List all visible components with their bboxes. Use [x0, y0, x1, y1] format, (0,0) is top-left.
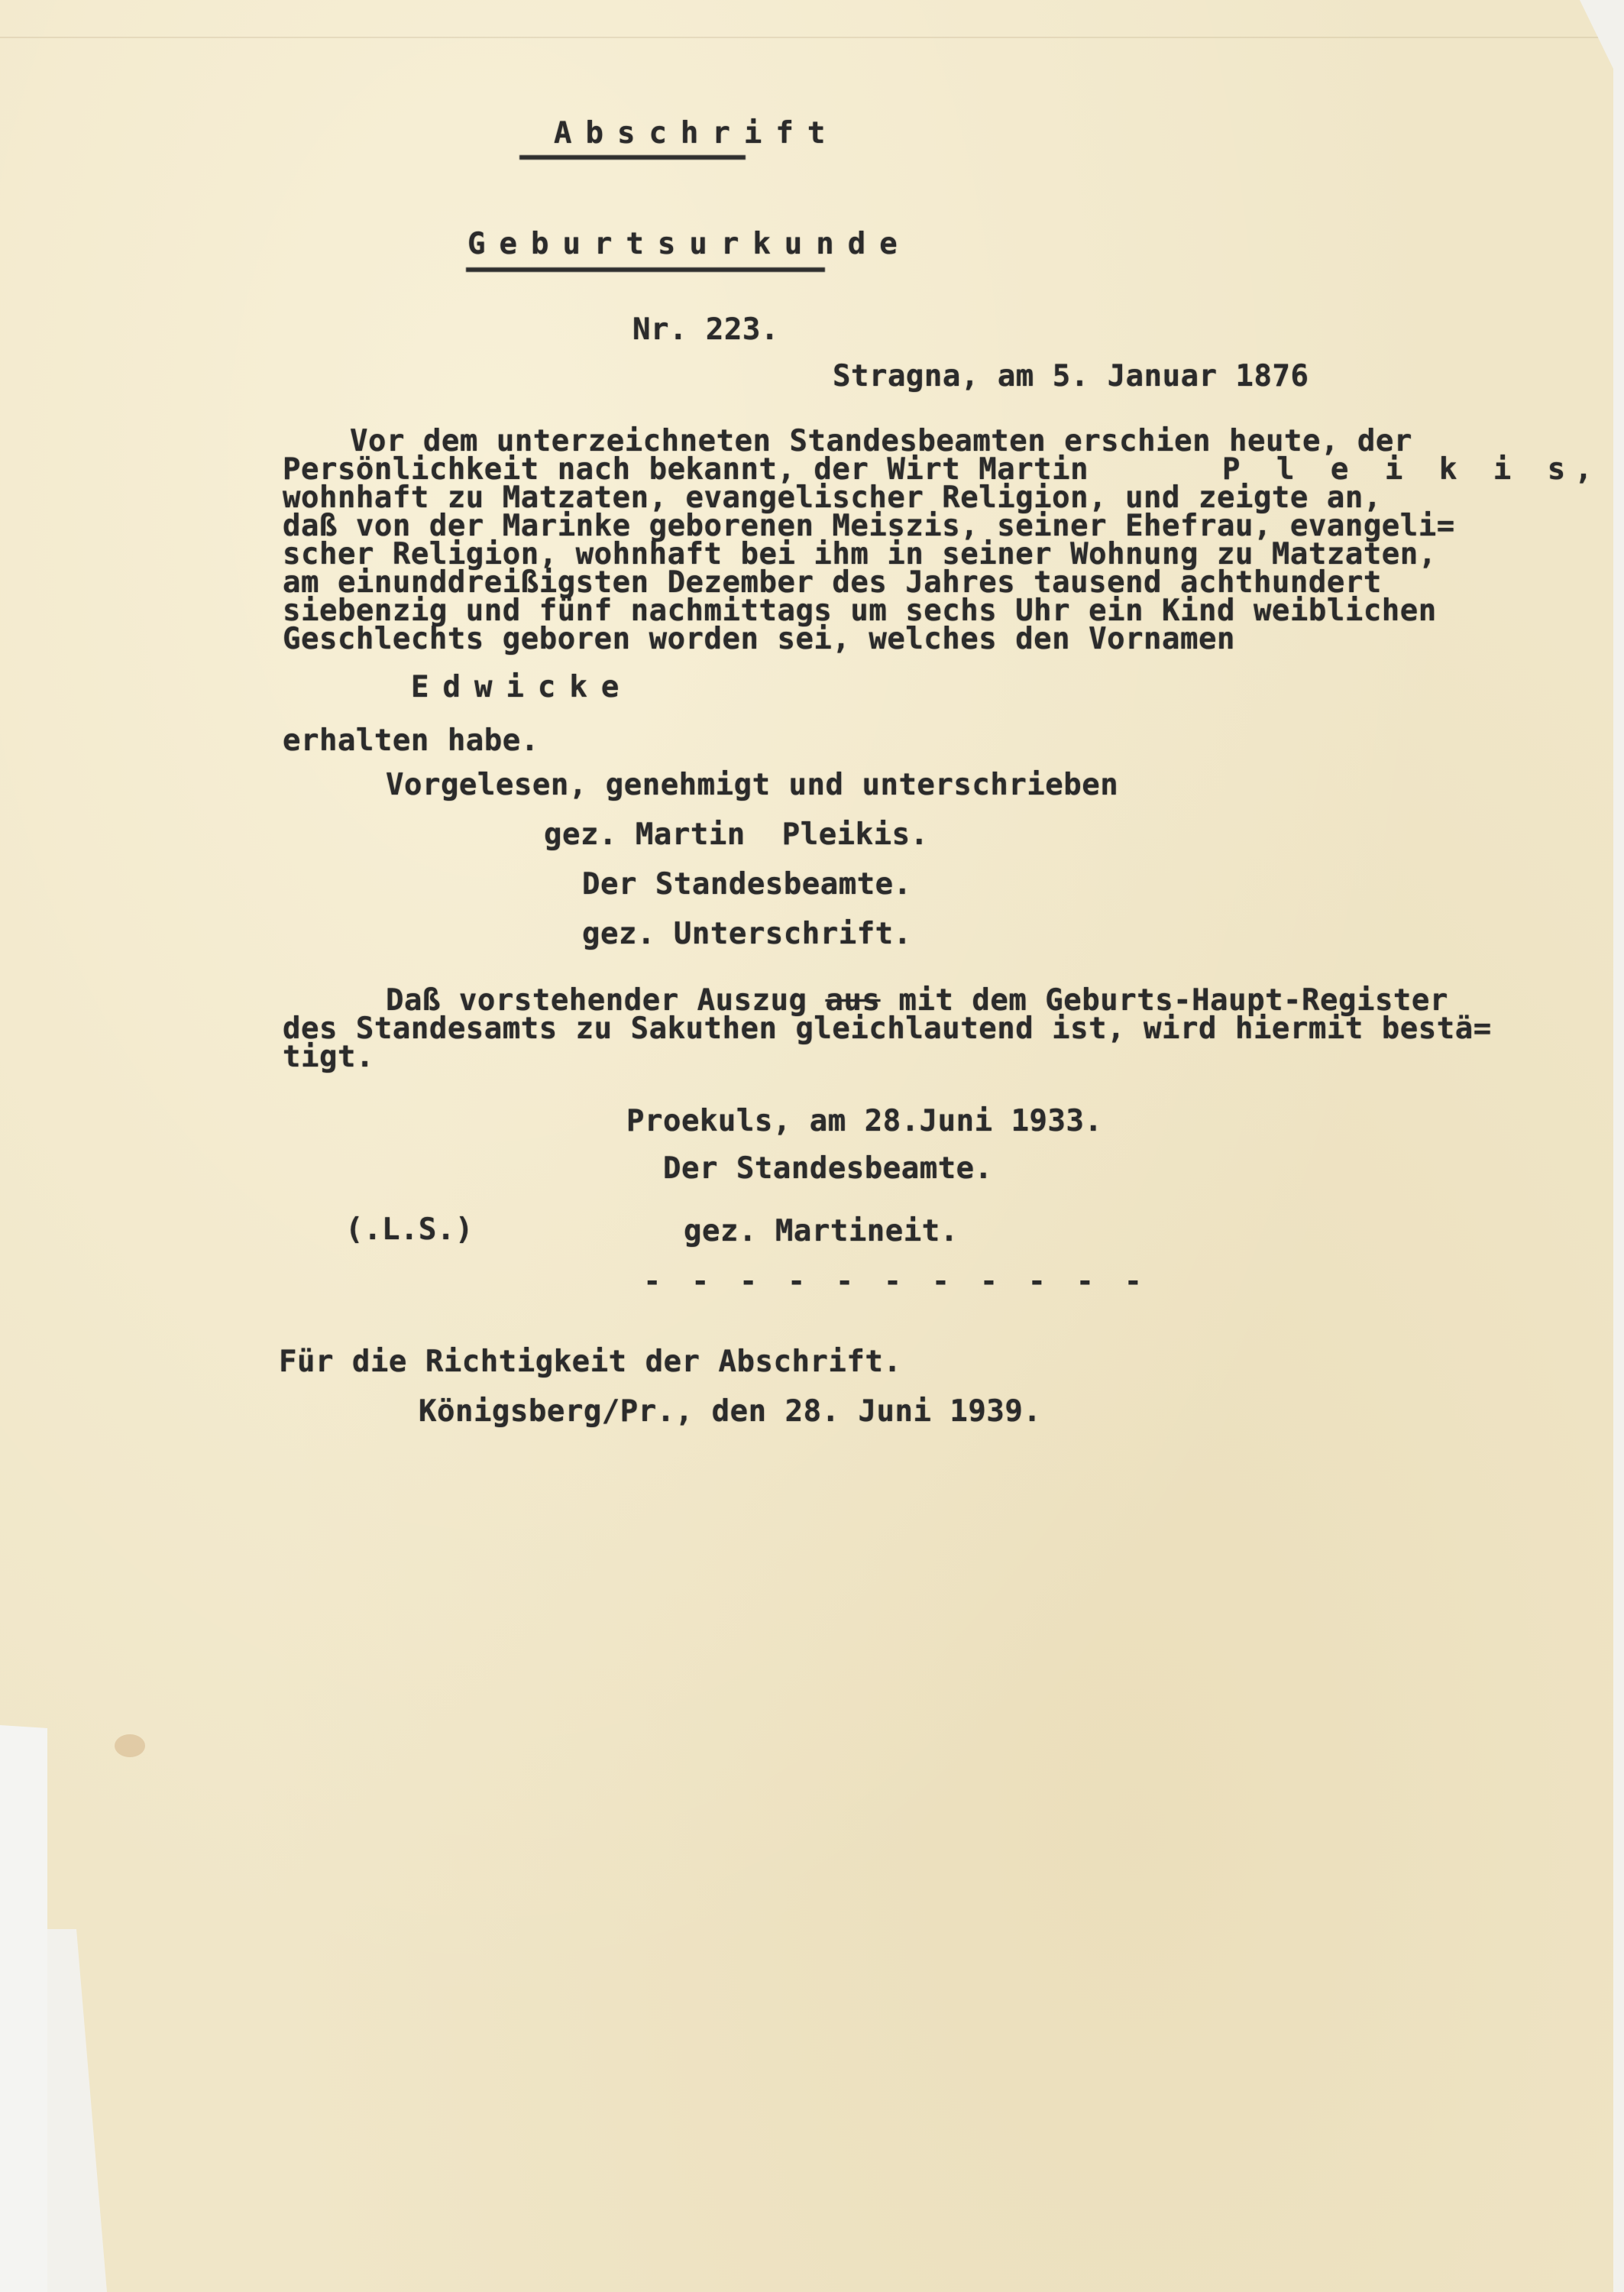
separator-dashes: - - - - - - - - - - - — [643, 1264, 1148, 1299]
certification-line-2: des Standesamts zu Sakuthen gleichlauten… — [283, 1014, 1492, 1044]
doc-subtitle: Geburtsurkunde — [467, 229, 911, 259]
place-date-1933: Proekuls, am 28.Juni 1933. — [626, 1106, 1102, 1136]
certificate-number: Nr. 223. — [632, 315, 779, 345]
subtitle-underline — [466, 267, 825, 272]
copy-place-date: Königsberg/Pr., den 28. Juni 1939. — [419, 1397, 1041, 1426]
signature-registrar-1: gez. Unterschrift. — [582, 919, 912, 949]
read-approved-line: Vorgelesen, genehmigt und unterschrieben — [386, 770, 1118, 800]
seal-marker: (.L.S.) — [345, 1215, 474, 1245]
registrar-title-2: Der Standesbeamte. — [663, 1154, 993, 1183]
doc-title: Abschrift — [554, 118, 839, 148]
scan-background — [0, 1725, 47, 2292]
place-date: Stragna, am 5. Januar 1876 — [833, 361, 1309, 391]
copy-attestation: Für die Richtigkeit der Abschrift. — [279, 1347, 901, 1377]
received-line: erhalten habe. — [283, 726, 539, 756]
child-name: Edwicke — [411, 672, 632, 702]
registrar-title-1: Der Standesbeamte. — [582, 869, 912, 899]
paper-sheet: Abschrift Geburtsurkunde Nr. 223. Stragn… — [0, 0, 1624, 2292]
body-line-8: Geschlechts geboren worden sei, welches … — [283, 624, 1235, 654]
signature-father: gez. Martin Pleikis. — [544, 820, 929, 850]
paper-fold — [0, 37, 1624, 38]
signature-registrar-2: gez. Martineit. — [684, 1216, 959, 1246]
paper-stain — [115, 1734, 145, 1757]
title-underline — [519, 155, 746, 160]
certification-line-3: tigt. — [283, 1042, 374, 1072]
